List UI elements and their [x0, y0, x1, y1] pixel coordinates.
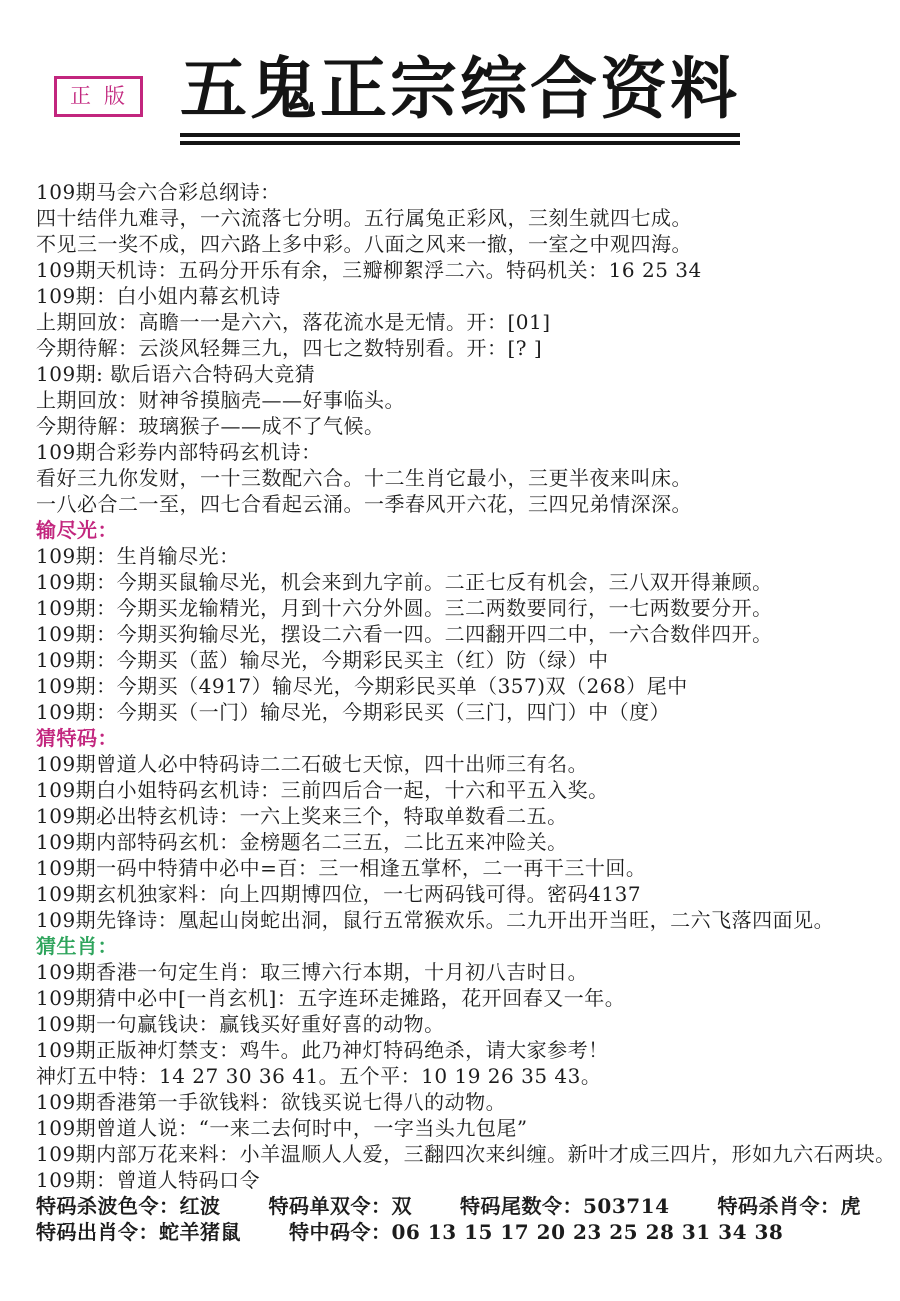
text-segment: 特码出肖令：蛇羊猪鼠: [36, 1220, 241, 1244]
text-line: 上期回放：财神爷摸脑壳——好事临头。: [36, 387, 898, 413]
text-line: 109期曾道人说：“一来二去何时中，一字当头九包尾”: [36, 1115, 898, 1141]
authenticity-badge: 正版: [54, 76, 143, 117]
text-segment: 特码杀肖令：虎: [718, 1194, 862, 1218]
text-line: 109期：白小姐内幕玄机诗: [36, 283, 898, 309]
text-line: 109期：今期买鼠输尽光，机会来到九字前。二正七反有机会，三八双开得兼顾。: [36, 569, 898, 595]
text-line: 109期正版神灯禁支：鸡牛。此乃神灯特码绝杀，请大家参考！: [36, 1037, 898, 1063]
text-line: 109期先锋诗：凰起山岗蛇出洞，鼠行五常猴欢乐。二九开出开当旺，二六飞落四面见。: [36, 907, 898, 933]
text-segment: 特码尾数令：503714: [460, 1194, 670, 1218]
text-line: 今期待解：玻璃猴子——成不了气候。: [36, 413, 898, 439]
text-line: 特码杀波色令：红波特码单双令：双特码尾数令：503714特码杀肖令：虎: [36, 1193, 898, 1219]
text-line: 109期：今期买（一门）输尽光，今期彩民买（三门，四门）中（度）: [36, 699, 898, 725]
text-line: 109期白小姐特码玄机诗：三前四后合一起，十六和平五入奖。: [36, 777, 898, 803]
text-line: 一八必合二一至，四七合看起云涌。一季春风开六花，三四兄弟情深深。: [36, 491, 898, 517]
text-line: 109期: 歇后语六合特码大竞猜: [36, 361, 898, 387]
text-line: 109期天机诗：五码分开乐有余，三瓣柳絮浮二六。特码机关：16 25 34: [36, 257, 898, 283]
text-line: 上期回放：高瞻一一是六六，落花流水是无情。开：[01]: [36, 309, 898, 335]
text-line: 109期内部特码玄机：金榜题名二三五，二比五来冲险关。: [36, 829, 898, 855]
page-title: 五鬼正宗综合资料: [180, 50, 740, 128]
text-line: 猜特码：: [36, 725, 898, 751]
text-line: 四十结伴九难寻，一六流落七分明。五行属兔正彩风，三刻生就四七成。: [36, 205, 898, 231]
text-line: 109期曾道人必中特码诗二二石破七天惊，四十出师三有名。: [36, 751, 898, 777]
text-line: 109期：今期买狗输尽光，摆设二六看一四。二四翻开四二中，一六合数伴四开。: [36, 621, 898, 647]
text-segment: 特中码令：06 13 15 17 20 23 25 28 31 34 38: [289, 1220, 783, 1244]
text-line: 109期猜中必中[一肖玄机]：五字连环走摊路，花开回春又一年。: [36, 985, 898, 1011]
text-line: 109期一句赢钱诀：赢钱买好重好喜的动物。: [36, 1011, 898, 1037]
text-line: 看好三九你发财，一十三数配六合。十二生肖它最小，三更半夜来叫床。: [36, 465, 898, 491]
text-line: 109期玄机独家料：向上四期博四位，一七两码钱可得。密码4137: [36, 881, 898, 907]
title-underline-top: [180, 133, 740, 137]
content-lines: 109期马会六合彩总纲诗：四十结伴九难寻，一六流落七分明。五行属兔正彩风，三刻生…: [36, 179, 898, 1245]
page-header: 正版 五鬼正宗综合资料: [0, 0, 900, 170]
text-line: 109期内部万花来料：小羊温顺人人爱，三翻四次来纠缠。新叶才成三四片，形如九六石…: [36, 1141, 898, 1167]
text-line: 109期：生肖输尽光：: [36, 543, 898, 569]
text-line: 109期一码中特猜中必中=百：三一相逢五掌杯，二一再干三十回。: [36, 855, 898, 881]
title-block: 五鬼正宗综合资料: [180, 50, 740, 145]
text-line: 109期香港一句定生肖：取三博六行本期，十月初八吉时日。: [36, 959, 898, 985]
text-line: 109期：今期买（4917）输尽光，今期彩民买单（357)双（268）尾中: [36, 673, 898, 699]
text-line: 109期：曾道人特码口令: [36, 1167, 898, 1193]
text-segment: 特码单双令：双: [269, 1194, 413, 1218]
text-segment: 特码杀波色令：红波: [36, 1194, 221, 1218]
text-line: 109期：今期买（蓝）输尽光，今期彩民买主（红）防（绿）中: [36, 647, 898, 673]
text-line: 109期马会六合彩总纲诗：: [36, 179, 898, 205]
text-line: 109期香港第一手欲钱料：欲钱买说七得八的动物。: [36, 1089, 898, 1115]
text-line: 109期必出特玄机诗：一六上奖来三个，特取单数看二五。: [36, 803, 898, 829]
text-line: 109期合彩券内部特码玄机诗：: [36, 439, 898, 465]
title-underline-bottom: [180, 141, 740, 145]
text-line: 今期待解：云淡风轻舞三九，四七之数特别看。开：[? ]: [36, 335, 898, 361]
text-line: 输尽光：: [36, 517, 898, 543]
text-line: 神灯五中特：14 27 30 36 41。五个平：10 19 26 35 43。: [36, 1063, 898, 1089]
text-line: 不见三一奖不成，四六路上多中彩。八面之风来一撤，一室之中观四海。: [36, 231, 898, 257]
text-line: 猜生肖：: [36, 933, 898, 959]
text-line: 特码出肖令：蛇羊猪鼠特中码令：06 13 15 17 20 23 25 28 3…: [36, 1219, 898, 1245]
text-line: 109期：今期买龙输精光，月到十六分外圆。三二两数要同行，一七两数要分开。: [36, 595, 898, 621]
